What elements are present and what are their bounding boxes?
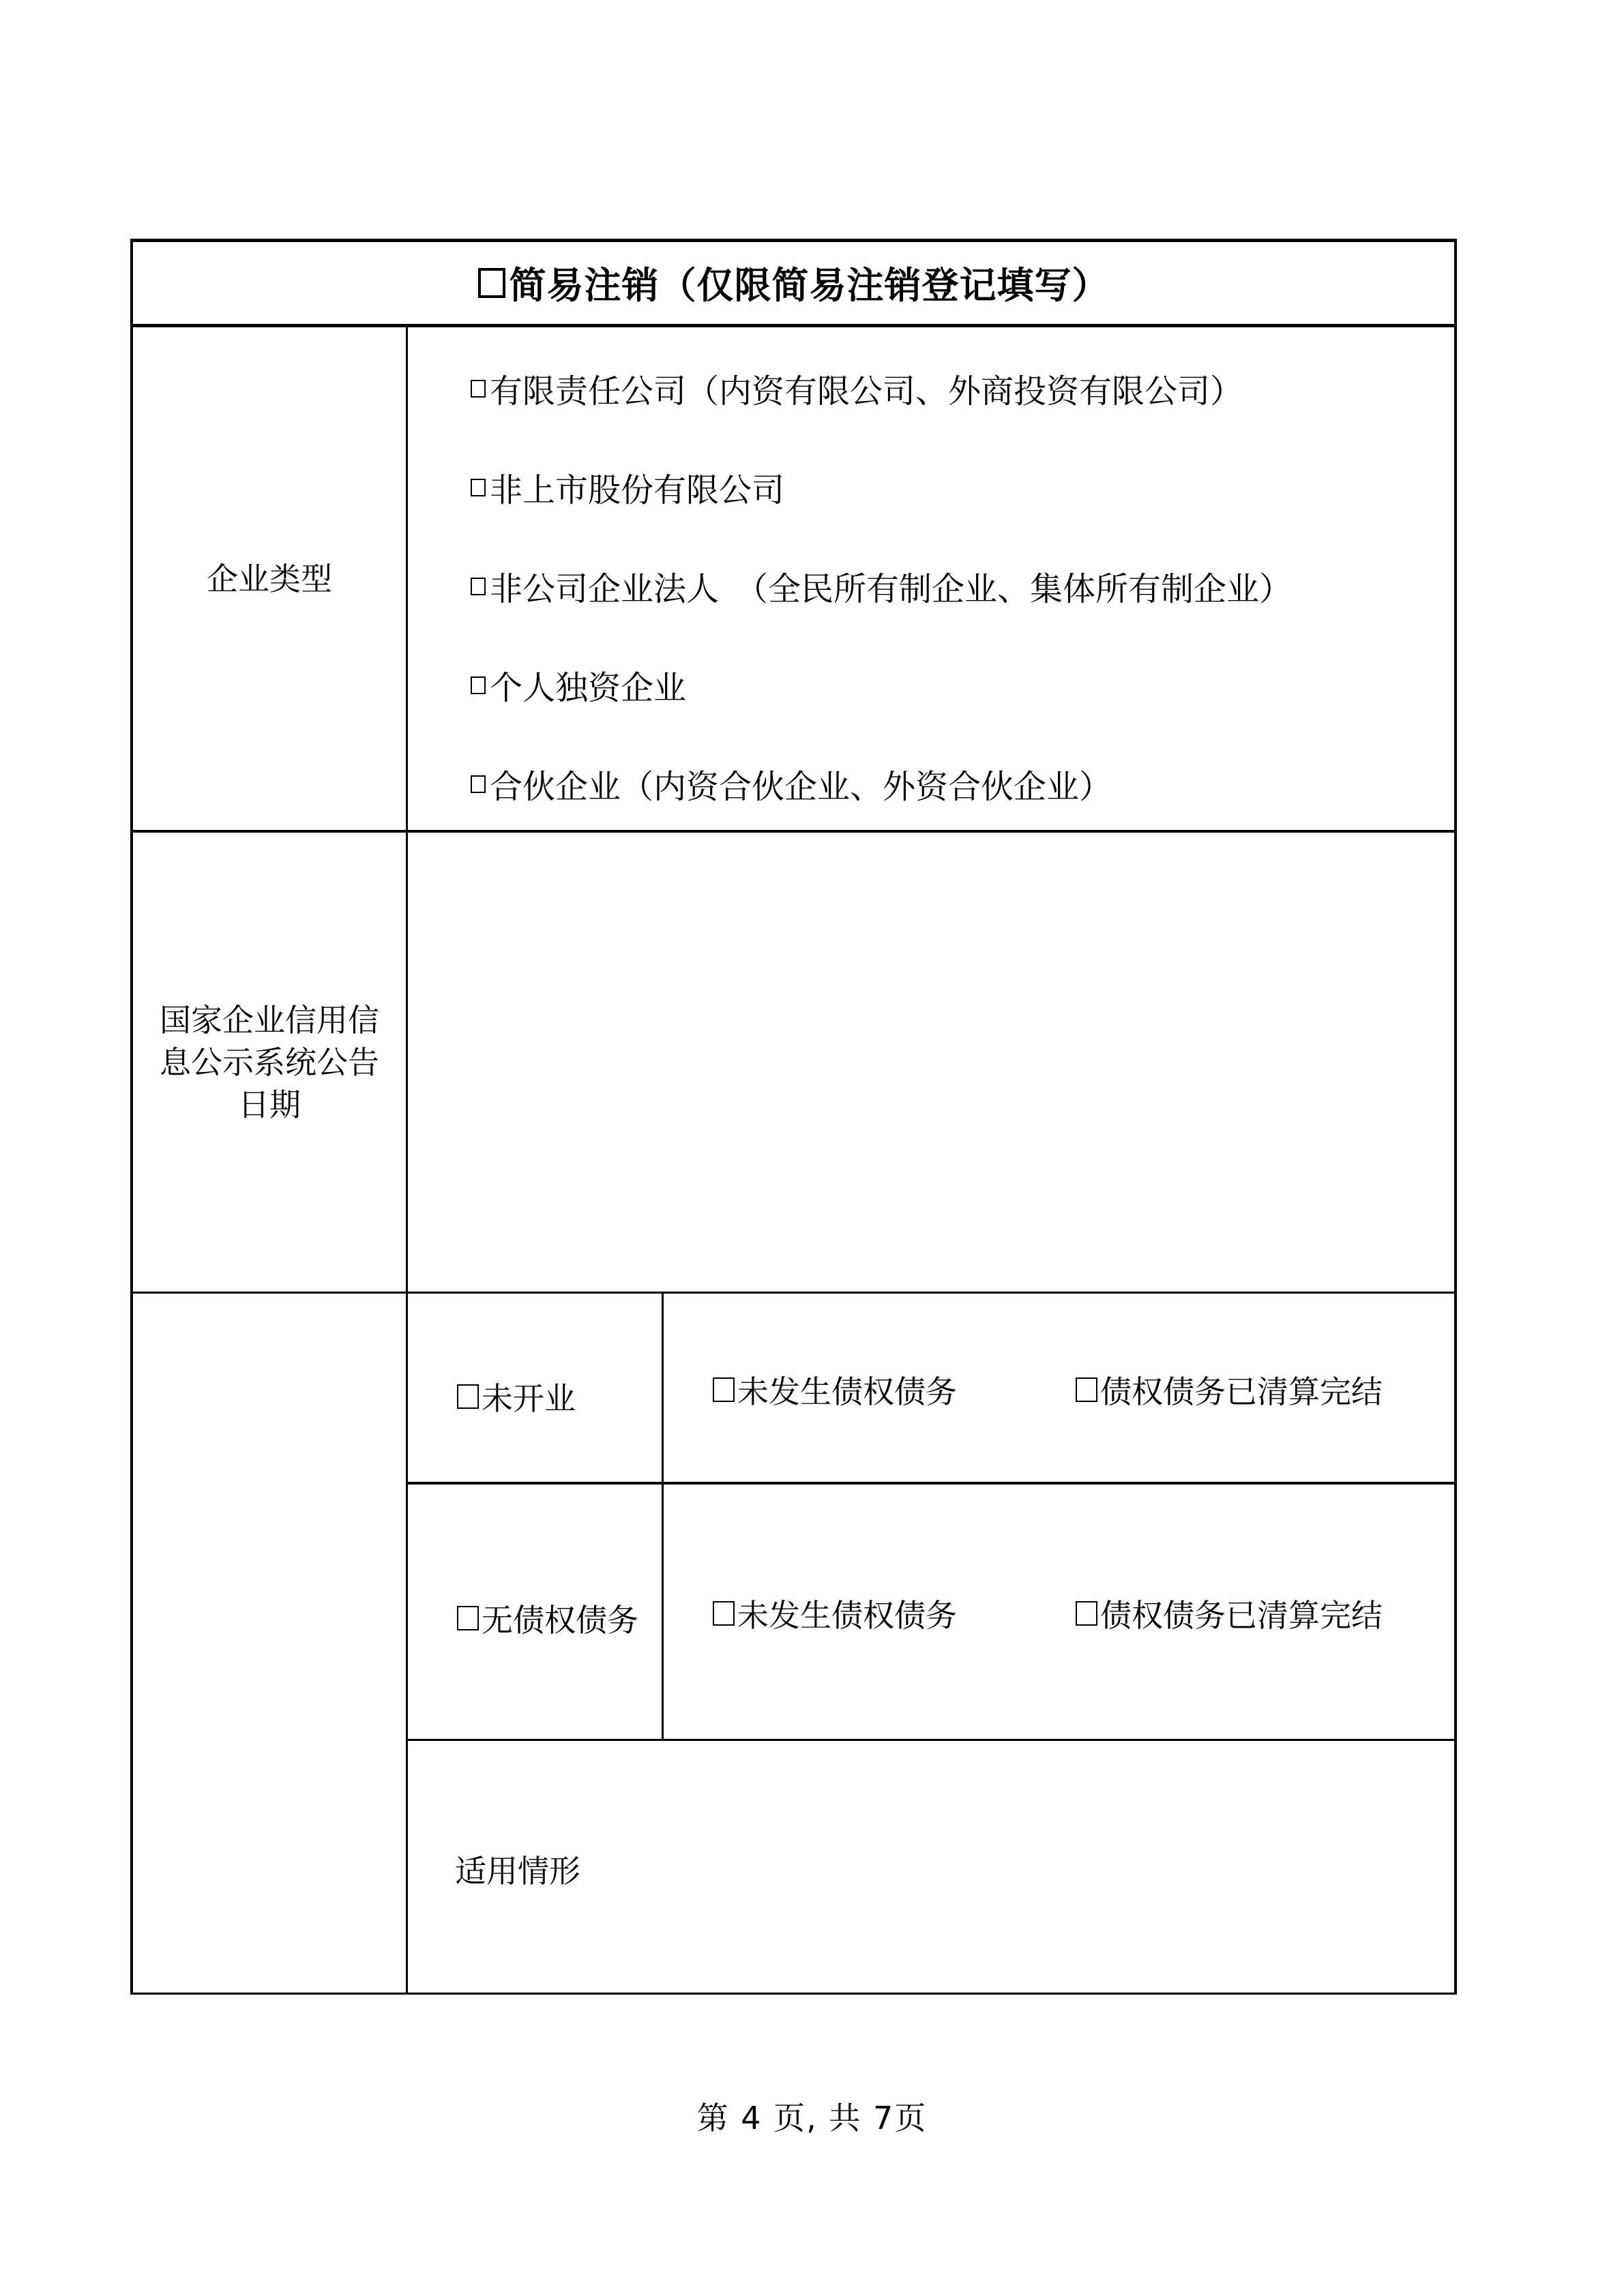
condition-label: 未开业 xyxy=(482,1374,576,1419)
option-label: 非上市股份有限公司 xyxy=(490,464,784,511)
subrow1-divider xyxy=(407,1482,1457,1485)
label-line: 日期 xyxy=(238,1084,301,1126)
announcement-date-label: 国家企业信用信 息公示系统公告 日期 xyxy=(133,833,406,1292)
applicable-situations-label: 适用情形 xyxy=(455,1847,580,1892)
option-label: 合伙企业（内资合伙企业、外资合伙企业） xyxy=(490,760,1112,807)
option-no-debts-occurred[interactable]: 未发生债权债务 xyxy=(713,1367,957,1412)
checkbox-icon[interactable] xyxy=(713,1601,735,1626)
applicable-situations-label-text: 适用情形 xyxy=(455,1847,580,1892)
enterprise-type-option[interactable]: 个人独资企业 xyxy=(471,661,686,709)
table-right-border xyxy=(1454,239,1457,1995)
checkbox-icon[interactable] xyxy=(457,1384,479,1409)
subrow2-divider xyxy=(407,1739,1457,1741)
condition-not-opened[interactable]: 未开业 xyxy=(457,1374,576,1419)
announcement-date-field[interactable] xyxy=(408,833,1454,1292)
checkbox-icon[interactable] xyxy=(471,676,486,694)
enterprise-type-label: 企业类型 xyxy=(133,327,406,830)
checkbox-icon[interactable] xyxy=(457,1606,479,1630)
announcement-row-divider xyxy=(130,1292,1457,1294)
section-title: 简易注销（仅限简易注销登记填写） xyxy=(132,240,1456,325)
enterprise-type-option[interactable]: 合伙企业（内资合伙企业、外资合伙企业） xyxy=(471,760,1112,807)
label-line: 息公示系统公告 xyxy=(160,1041,379,1084)
condition-no-debts[interactable]: 无债权债务 xyxy=(457,1596,638,1641)
checkbox-icon[interactable] xyxy=(1076,1377,1097,1402)
checkbox-icon[interactable] xyxy=(1076,1601,1097,1626)
condition-label: 无债权债务 xyxy=(482,1596,638,1641)
checkbox-icon[interactable] xyxy=(478,268,505,298)
enterprise-type-option[interactable]: 非上市股份有限公司 xyxy=(471,464,784,511)
option-label: 债权债务已清算完结 xyxy=(1100,1367,1383,1412)
option-label: 有限责任公司（内资有限公司、外商投资有限公司） xyxy=(490,365,1243,412)
enterprise-type-option[interactable]: 非公司企业法人 （全民所有制企业、集体所有制企业） xyxy=(471,563,1292,610)
option-label: 未发生债权债务 xyxy=(737,1591,957,1636)
checkbox-icon[interactable] xyxy=(471,479,486,496)
option-label: 非公司企业法人 （全民所有制企业、集体所有制企业） xyxy=(490,563,1292,610)
checkbox-icon[interactable] xyxy=(471,775,486,793)
condition-column-divider xyxy=(662,1293,664,1740)
checkbox-icon[interactable] xyxy=(471,380,486,398)
option-debts-settled[interactable]: 债权债务已清算完结 xyxy=(1076,1591,1383,1636)
page-number-text: 第 4 页, 共 7页 xyxy=(697,2100,928,2136)
checkbox-icon[interactable] xyxy=(713,1377,735,1402)
enterprise-type-label-text: 企业类型 xyxy=(207,558,332,600)
label-line: 国家企业信用信 xyxy=(160,999,379,1041)
option-label: 个人独资企业 xyxy=(490,661,686,709)
enterprise-type-option[interactable]: 有限责任公司（内资有限公司、外商投资有限公司） xyxy=(471,365,1243,412)
option-label: 未发生债权债务 xyxy=(737,1367,957,1412)
section-title-text: 简易注销（仅限简易注销登记填写） xyxy=(510,256,1110,309)
checkbox-icon[interactable] xyxy=(471,578,486,595)
table-bottom-border xyxy=(130,1993,1457,1995)
option-no-debts-occurred[interactable]: 未发生债权债务 xyxy=(713,1591,957,1636)
option-debts-settled[interactable]: 债权债务已清算完结 xyxy=(1076,1367,1383,1412)
option-label: 债权债务已清算完结 xyxy=(1100,1591,1383,1636)
page-number: 第 4 页, 共 7页 xyxy=(0,2093,1624,2138)
